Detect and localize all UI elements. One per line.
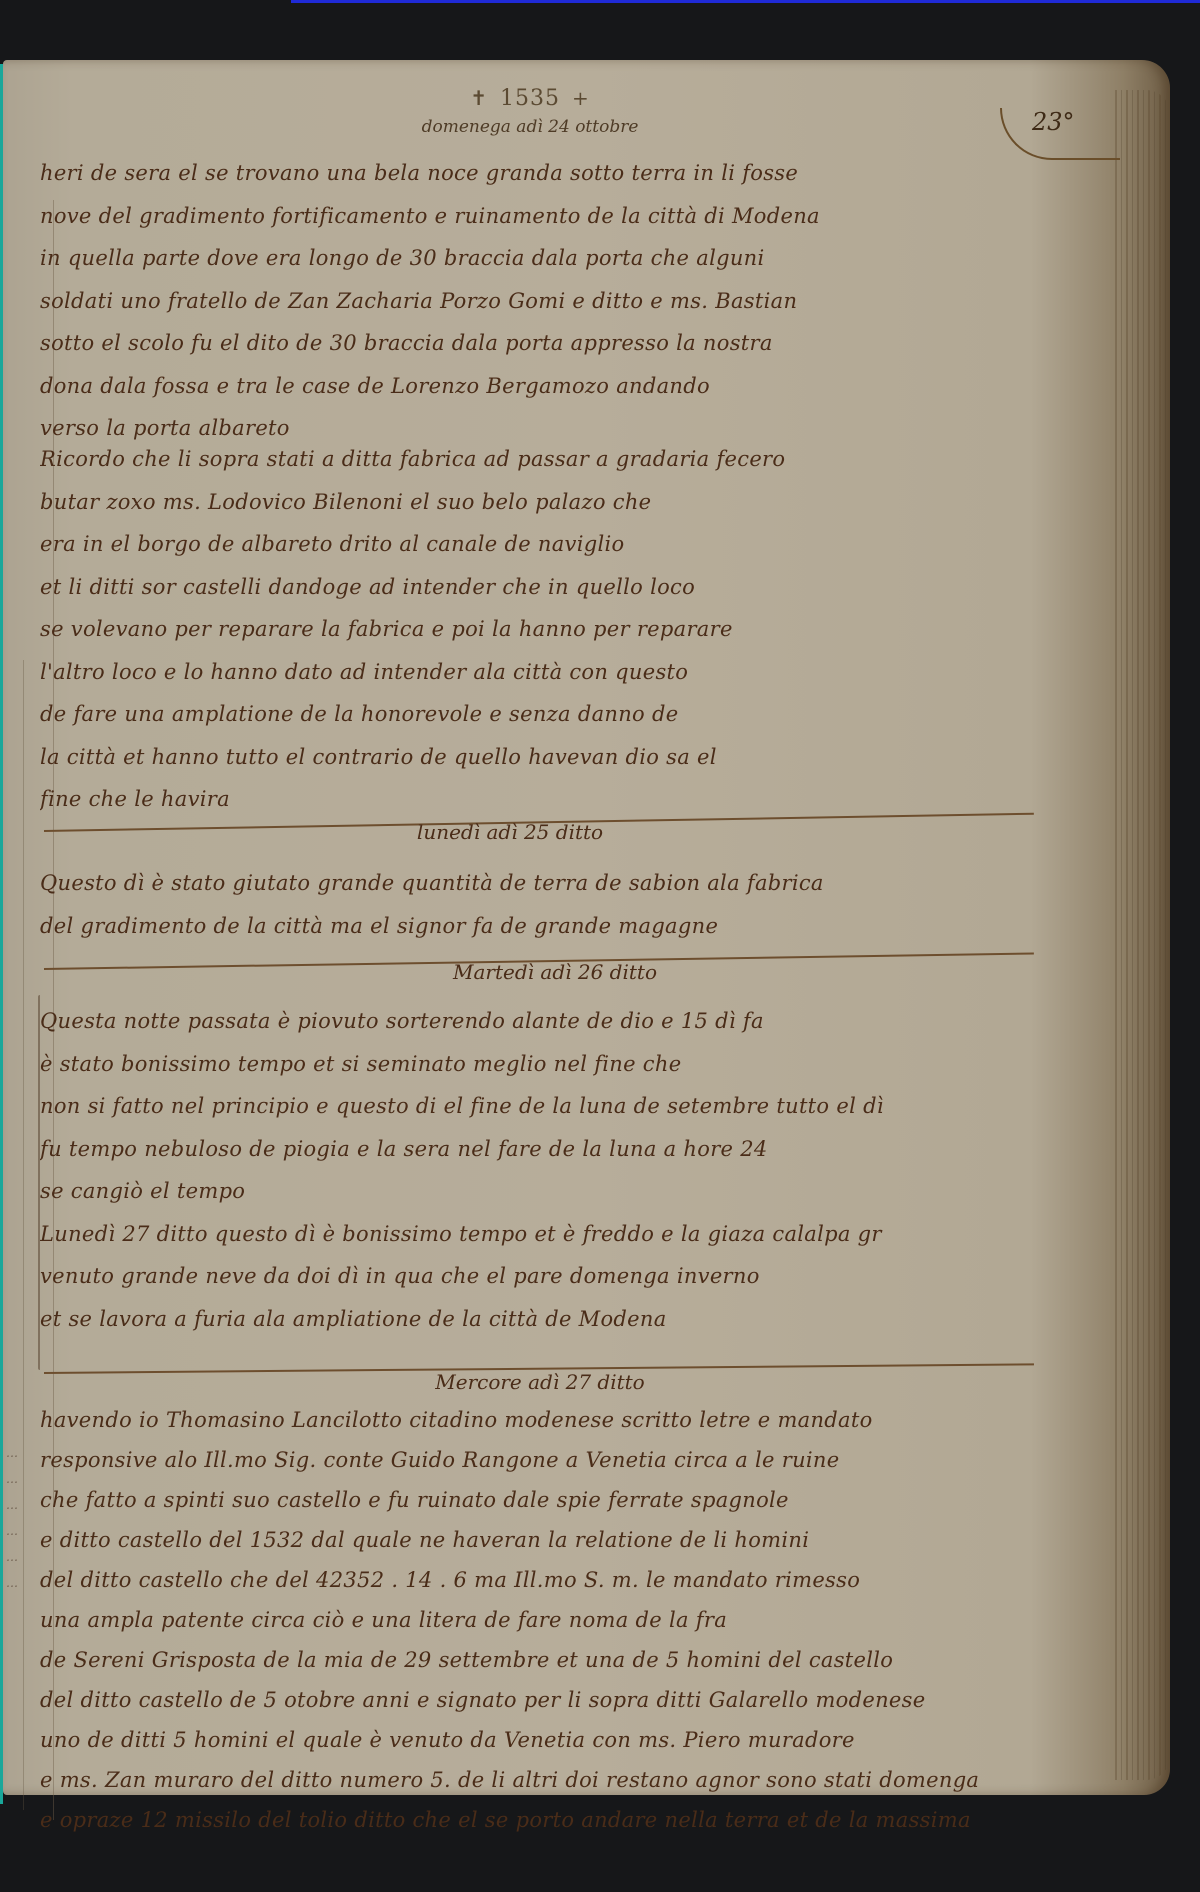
page-header: ✝1535+ domenega adì 24 ottobre: [360, 86, 700, 137]
margin-note: …: [6, 1440, 18, 1466]
text-line: e ms. Zan muraro del ditto numero 5. de …: [40, 1760, 1040, 1800]
day-heading: lunedì adì 25 ditto: [330, 820, 690, 844]
margin-note: …: [6, 1518, 18, 1544]
text-line: Ricordo che li sopra stati a ditta fabri…: [40, 438, 1040, 481]
text-line: et se lavora a furia ala ampliatione de …: [40, 1298, 1040, 1341]
text-line: fine che le havira: [40, 778, 1040, 821]
top-accent-bar: [291, 0, 1200, 3]
text-line: dona dala fossa e tra le case de Lorenzo…: [40, 365, 1040, 408]
text-line: l'altro loco e lo hanno dato ad intender…: [40, 651, 1040, 694]
margin-note: …: [6, 1570, 18, 1596]
text-line: de fare una amplatione de la honorevole …: [40, 693, 1040, 736]
day-heading: Mercore adì 27 ditto: [380, 1370, 700, 1394]
year: 1535: [500, 86, 560, 111]
text-line: una ampla patente circa ciò e una litera…: [40, 1600, 1040, 1640]
text-line: e opraze 12 missilo del tolio ditto che …: [40, 1800, 1040, 1840]
page-leaf-edges: [1115, 90, 1170, 1780]
text-line: soldati uno fratello de Zan Zacharia Por…: [40, 280, 1040, 323]
text-line: responsive alo Ill.mo Sig. conte Guido R…: [40, 1440, 1040, 1480]
margin-note: …: [6, 1492, 18, 1518]
text-line: fu tempo nebuloso de piogia e la sera ne…: [40, 1128, 1040, 1171]
text-line: non si fatto nel principio e questo di e…: [40, 1085, 1040, 1128]
text-line: heri de sera el se trovano una bela noce…: [40, 152, 1040, 195]
text-line: era in el borgo de albareto drito al can…: [40, 523, 1040, 566]
text-line: del ditto castello che del 42352 . 14 . …: [40, 1560, 1040, 1600]
text-line: se cangiò el tempo: [40, 1170, 1040, 1213]
entry-1: heri de sera el se trovano una bela noce…: [40, 152, 1040, 450]
text-line: è stato bonissimo tempo et si seminato m…: [40, 1043, 1040, 1086]
margin-note: …: [6, 1544, 18, 1570]
entry-5: havendo io Thomasino Lancilotto citadino…: [40, 1400, 1040, 1840]
margin-note: …: [6, 1466, 18, 1492]
text-line: e ditto castello del 1532 dal quale ne h…: [40, 1520, 1040, 1560]
text-line: havendo io Thomasino Lancilotto citadino…: [40, 1400, 1040, 1440]
text-line: de Sereni Grisposta de la mia de 29 sett…: [40, 1640, 1040, 1680]
text-line: nove del gradimento fortificamento e rui…: [40, 195, 1040, 238]
margin-notes: … … … … … …: [6, 1440, 18, 1596]
text-line: se volevano per reparare la fabrica e po…: [40, 608, 1040, 651]
cross-mark-icon: ✝: [470, 86, 488, 110]
text-line: del ditto castello de 5 otobre anni e si…: [40, 1680, 1040, 1720]
entry-3: Questo dì è stato giutato grande quantit…: [40, 862, 1040, 947]
text-line: et li ditti sor castelli dandoge ad inte…: [40, 566, 1040, 609]
left-edge-strip: [0, 64, 3, 1804]
text-line: che fatto a spinti suo castello e fu rui…: [40, 1480, 1040, 1520]
text-line: Questo dì è stato giutato grande quantit…: [40, 862, 1040, 905]
entry-2: Ricordo che li sopra stati a ditta fabri…: [40, 438, 1040, 821]
cross-mark-icon: +: [572, 86, 590, 110]
text-line: sotto el scolo fu el dito de 30 braccia …: [40, 322, 1040, 365]
year-line: ✝1535+: [360, 86, 700, 111]
day-heading: Martedì adì 26 ditto: [390, 960, 720, 984]
text-line: Questa notte passata è piovuto sorterend…: [40, 1000, 1040, 1043]
text-line: butar zoxo ms. Lodovico Bilenoni el suo …: [40, 481, 1040, 524]
binding-guide-line: [23, 660, 24, 1810]
entry-4: Questa notte passata è piovuto sorterend…: [40, 1000, 1040, 1340]
text-line: venuto grande neve da doi dì in qua che …: [40, 1255, 1040, 1298]
header-date-line: domenega adì 24 ottobre: [360, 117, 700, 137]
text-line: uno de ditti 5 homini el quale è venuto …: [40, 1720, 1040, 1760]
text-line: del gradimento de la città ma el signor …: [40, 905, 1040, 948]
text-line: in quella parte dove era longo de 30 bra…: [40, 237, 1040, 280]
text-line: la città et hanno tutto el contrario de …: [40, 736, 1040, 779]
text-line: Lunedì 27 ditto questo dì è bonissimo te…: [40, 1213, 1040, 1256]
